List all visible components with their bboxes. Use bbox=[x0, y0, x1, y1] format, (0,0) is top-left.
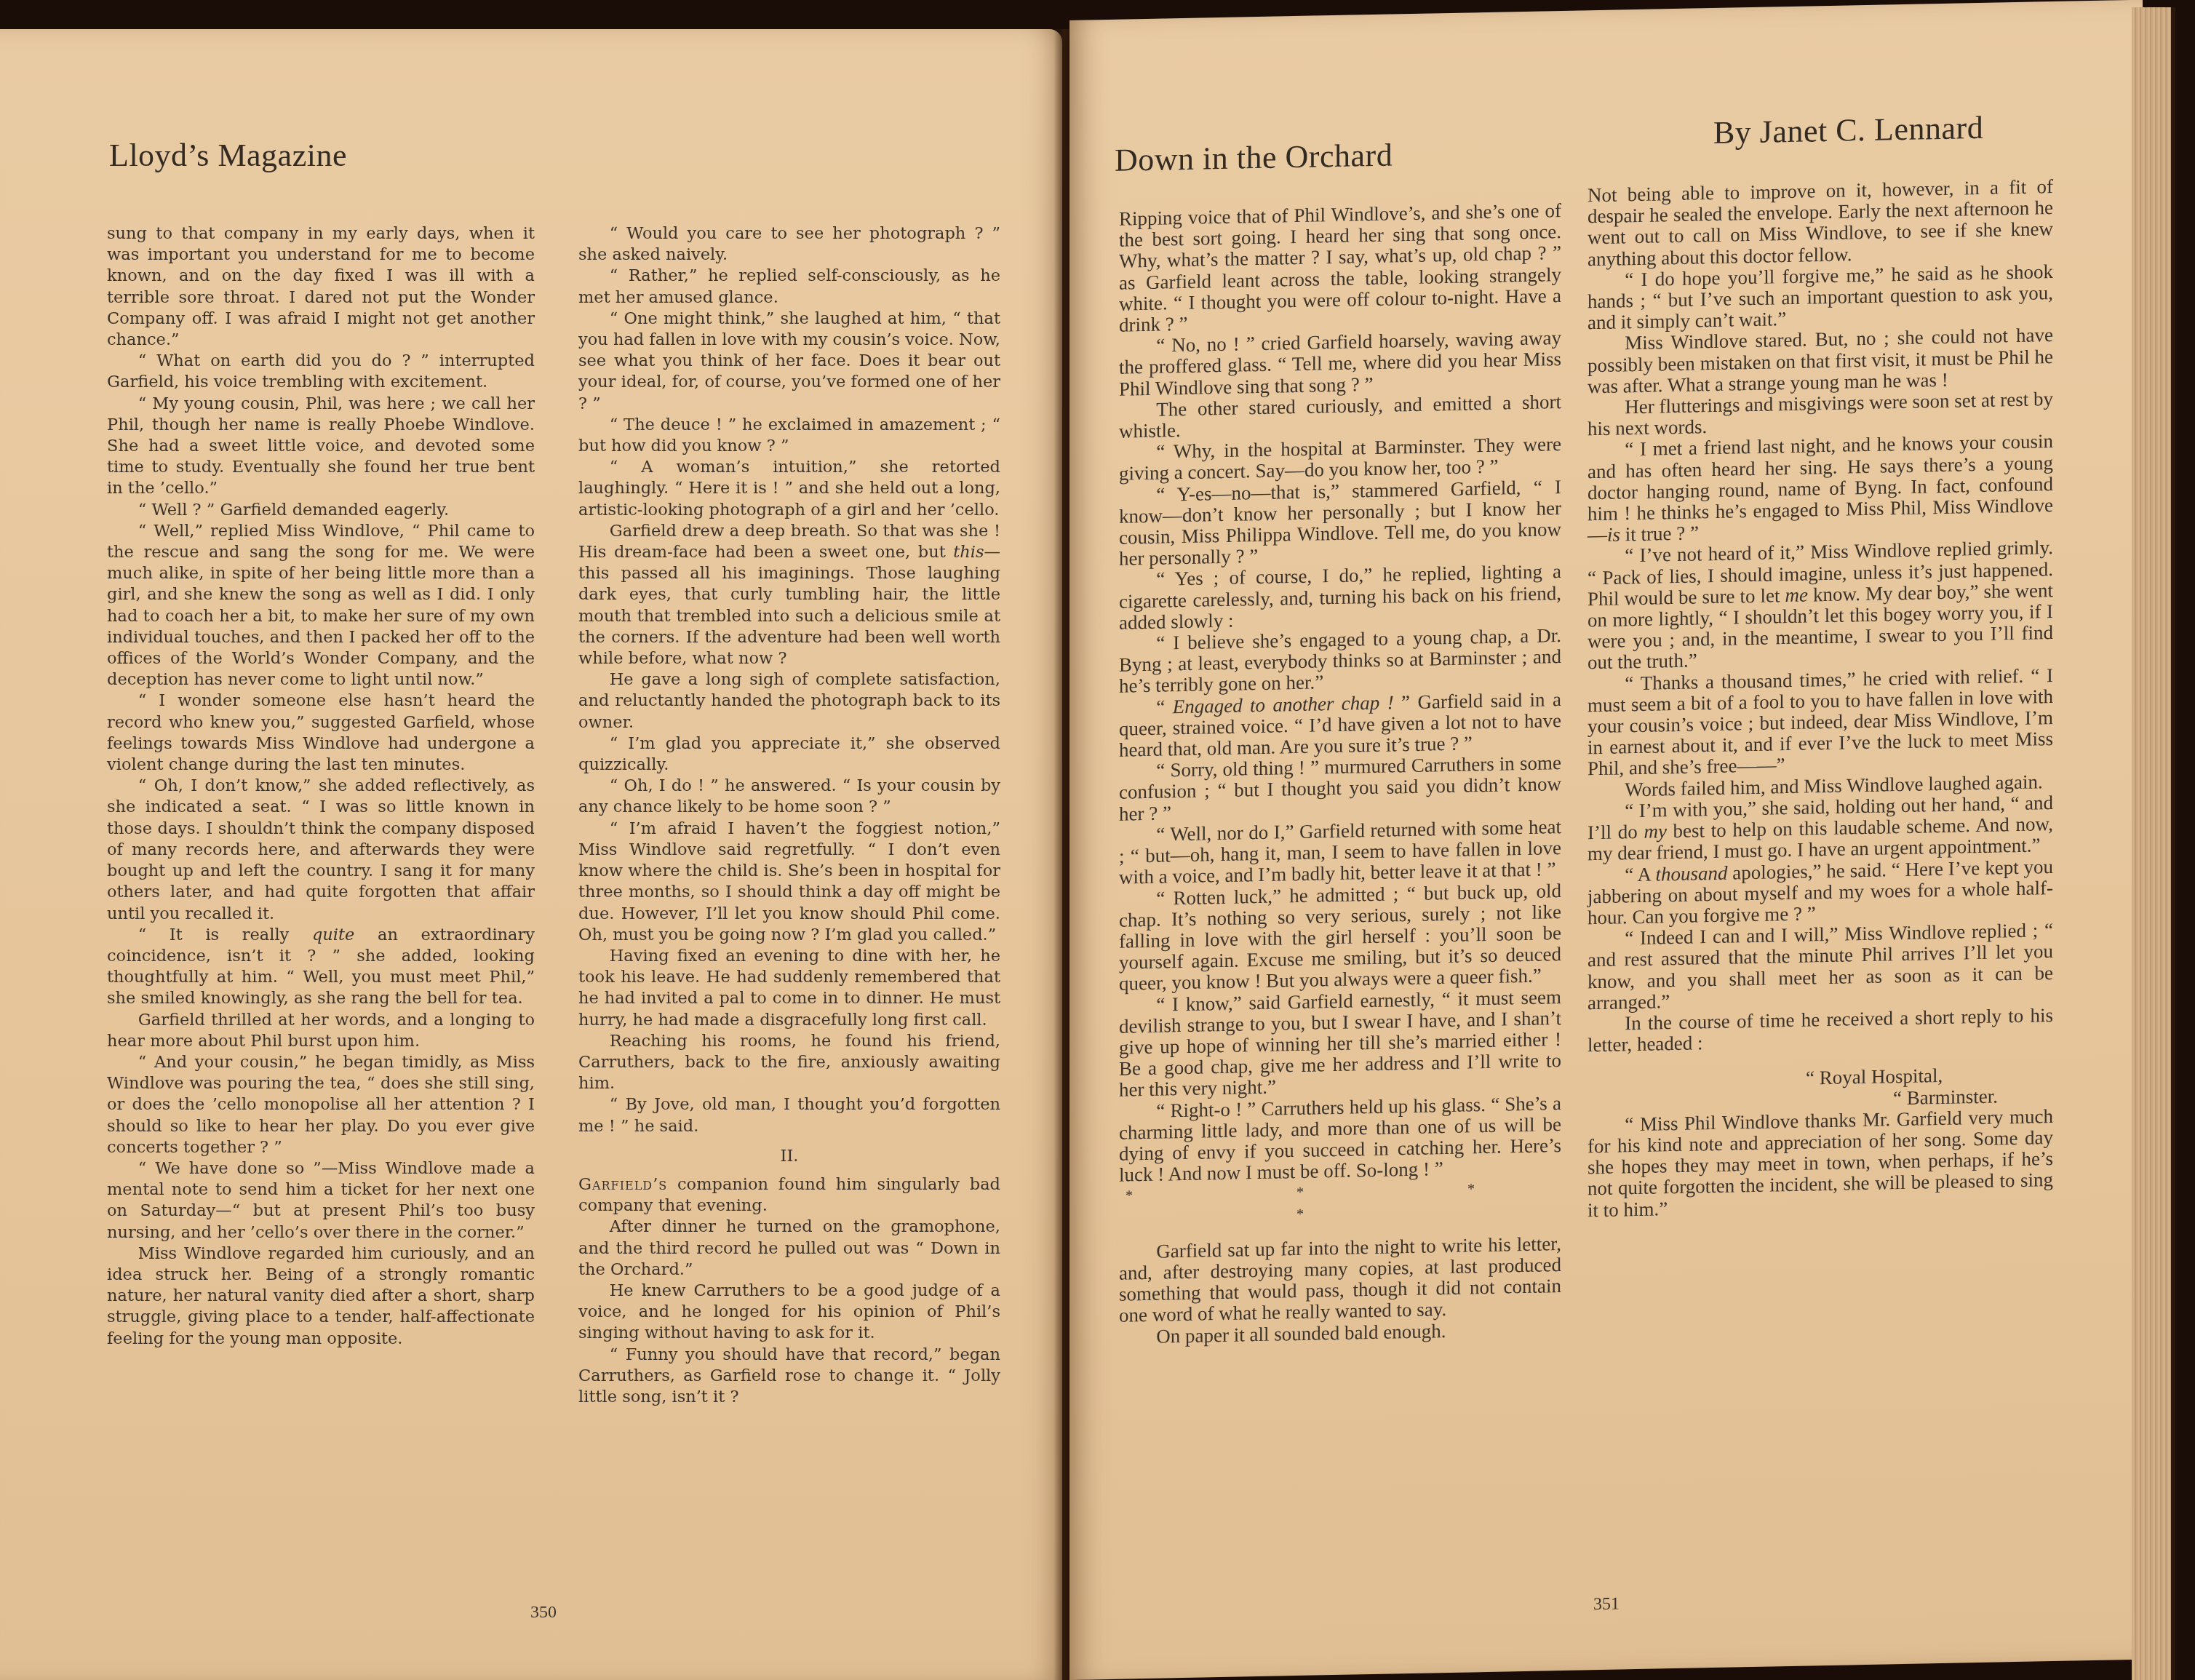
paragraph: “ I’m with you,” she said, holding out h… bbox=[1588, 792, 2053, 865]
paragraph: “ Oh, I don’t know,” she added reflectiv… bbox=[107, 776, 535, 924]
paragraph: “ Yes ; of course, I do,” he replied, li… bbox=[1119, 561, 1561, 633]
paragraph: Miss Windlove stared. But, no ; she coul… bbox=[1588, 325, 2053, 397]
emphasis: quite bbox=[312, 925, 354, 944]
left-page-column-1: sung to that company in my early days, w… bbox=[107, 223, 535, 1350]
running-head: Lloyd’s Magazine bbox=[109, 137, 347, 174]
paragraph: “ I met a friend last night, and he know… bbox=[1588, 431, 2053, 546]
paragraph: “ We have done so ”—Miss Windlove made a… bbox=[107, 1158, 535, 1243]
right-page-column-1: Ripping voice that of Phil Windlove’s, a… bbox=[1119, 200, 1561, 1347]
left-page: Lloyd’s Magazine sung to that company in… bbox=[0, 29, 1062, 1680]
paragraph: “ Rotten luck,” he admitted ; “ but buck… bbox=[1119, 880, 1561, 995]
section-break: * * * * bbox=[1119, 1177, 1561, 1228]
paragraph: “ I’m glad you appreciate it,” she obser… bbox=[578, 733, 1000, 776]
paragraph: “ It is really quite an extraordinary co… bbox=[107, 925, 535, 1010]
paragraph: “ Rather,” he replied self-consciously, … bbox=[578, 266, 1000, 308]
emphasis: is bbox=[1607, 524, 1620, 546]
right-page: Down in the Orchard By Janet C. Lennard … bbox=[1069, 0, 2143, 1680]
paragraph: “ Indeed I can and I will,” Miss Windlov… bbox=[1588, 920, 2053, 1014]
paragraph: “ Well, nor do I,” Garfield returned wit… bbox=[1119, 816, 1561, 888]
paragraph: “ No, no ! ” cried Garfield hoarsely, wa… bbox=[1119, 327, 1561, 399]
paragraph: Reaching his rooms, he found his friend,… bbox=[578, 1031, 1000, 1095]
paragraph: “ Sorry, old thing ! ” murmured Carruthe… bbox=[1119, 752, 1561, 824]
paragraph: “ I do hope you’ll forgive me,” he said … bbox=[1588, 261, 2053, 334]
paragraph: “ And your cousin,” he began timidly, as… bbox=[107, 1052, 535, 1158]
paragraph: “ A thousand apologies,” he said. “ Here… bbox=[1588, 856, 2053, 929]
paragraph: “ Miss Phil Windlove thanks Mr. Garfield… bbox=[1588, 1106, 2053, 1221]
paragraph: “ Well,” replied Miss Windlove, “ Phil c… bbox=[107, 521, 535, 691]
emphasis: me bbox=[1785, 584, 1808, 606]
paragraph: He knew Carruthers to be a good judge of… bbox=[578, 1281, 1000, 1345]
story-title: Down in the Orchard bbox=[1115, 136, 1393, 178]
small-caps-lead: Garfield’s bbox=[578, 1175, 667, 1194]
emphasis: this bbox=[953, 543, 984, 562]
page-number: 350 bbox=[530, 1603, 557, 1623]
paragraph: “ Thanks a thousand times,” he cried wit… bbox=[1588, 665, 2053, 780]
paragraph: Miss Windlove regarded him curiously, an… bbox=[107, 1243, 535, 1350]
paragraph: “ What on earth did you do ? ” interrupt… bbox=[107, 351, 535, 393]
paragraph: “ Engaged to another chap ! ” Garfield s… bbox=[1119, 689, 1561, 761]
paragraph: “ A woman’s intuition,” she retorted lau… bbox=[578, 457, 1000, 521]
paragraph: Ripping voice that of Phil Windlove’s, a… bbox=[1119, 200, 1561, 336]
paragraph: Garfield sat up far into the night to wr… bbox=[1119, 1233, 1561, 1326]
paragraph: Garfield’s companion found him singularl… bbox=[578, 1174, 1000, 1217]
paragraph: In the course of time he received a shor… bbox=[1588, 1005, 2053, 1056]
paragraph: “ By Jove, old man, I thought you’d forg… bbox=[578, 1094, 1000, 1136]
emphasis: my bbox=[1644, 820, 1666, 843]
paragraph: “ I believe she’s engaged to a young cha… bbox=[1119, 625, 1561, 697]
paragraph: “ My young cousin, Phil, was here ; we c… bbox=[107, 394, 535, 500]
paragraph: Garfield thrilled at her words, and a lo… bbox=[107, 1010, 535, 1052]
page-number: 351 bbox=[1593, 1594, 1620, 1615]
paragraph: “ I’ve not heard of it,” Miss Windlove r… bbox=[1588, 537, 2053, 674]
paragraph: Having fixed an evening to dine with her… bbox=[578, 946, 1000, 1031]
paragraph: “ The deuce ! ” he exclaimed in amazemen… bbox=[578, 415, 1000, 457]
paragraph: “ Oh, I do ! ” he answered. “ Is your co… bbox=[578, 776, 1000, 818]
paragraph: He gave a long sigh of complete satisfac… bbox=[578, 669, 1000, 733]
paragraph: “ Would you care to see her photograph ?… bbox=[578, 223, 1000, 266]
paragraph: “ Well ? ” Garfield demanded eagerly. bbox=[107, 500, 535, 521]
paragraph: “ Funny you should have that record,” be… bbox=[578, 1345, 1000, 1409]
section-number: II. bbox=[578, 1146, 1000, 1167]
emphasis: Engaged to another chap ! bbox=[1173, 691, 1394, 717]
emphasis: thousand bbox=[1655, 861, 1727, 885]
left-page-column-2: “ Would you care to see her photograph ?… bbox=[578, 223, 1000, 1408]
paragraph: “ I know,” said Garfield earnestly, “ it… bbox=[1119, 987, 1561, 1102]
paragraph: “ Right-o ! ” Carruthers held up his gla… bbox=[1119, 1093, 1561, 1186]
paragraph: “ I’m afraid I haven’t the foggiest noti… bbox=[578, 819, 1000, 946]
paragraph: After dinner he turned on the gramophone… bbox=[578, 1217, 1000, 1281]
paragraph: “ I wonder someone else hasn’t heard the… bbox=[107, 690, 535, 776]
paragraph: sung to that company in my early days, w… bbox=[107, 223, 535, 351]
author-byline: By Janet C. Lennard bbox=[1713, 109, 1983, 151]
book-page-edges bbox=[2132, 7, 2175, 1680]
right-page-column-2: Not being able to improve on it, however… bbox=[1588, 176, 2053, 1221]
paragraph: “ One might think,” she laughed at him, … bbox=[578, 308, 1000, 415]
paragraph: Garfield drew a deep breath. So that was… bbox=[578, 521, 1000, 669]
paragraph: “ Y-es—no—that is,” stammered Garfield, … bbox=[1119, 477, 1561, 570]
paragraph: Not being able to improve on it, however… bbox=[1588, 176, 2053, 270]
